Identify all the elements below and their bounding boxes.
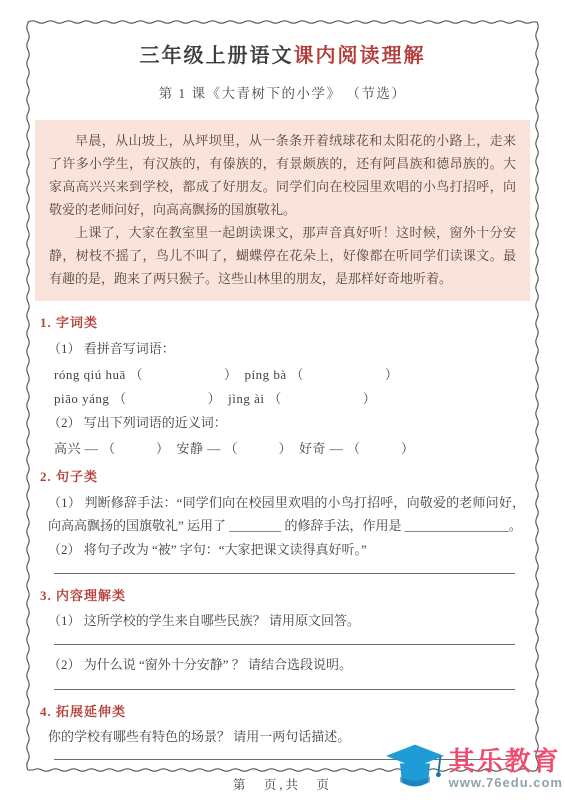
answer-line: [54, 689, 515, 690]
page-title: 三年级上册语文课内阅读理解: [28, 42, 537, 70]
worksheet-page: 三年级上册语文课内阅读理解 第 1 课《大青树下的小学》 （节选） 早晨，从山坡…: [0, 0, 565, 800]
answer-line: [54, 644, 515, 645]
section-3-question-1: （1） 这所学校的学生来自哪些民族？ 请用原文回答。: [40, 611, 525, 630]
graduation-cap-icon: [385, 740, 445, 798]
pinyin-row-1: róng qiú huā （ ） píng bà （ ）: [40, 365, 525, 384]
brand-name: 其乐教育: [449, 747, 561, 775]
lesson-subtitle: 第 1 课《大青树下的小学》 （节选）: [28, 84, 537, 104]
worksheet-content: 三年级上册语文课内阅读理解 第 1 课《大青树下的小学》 （节选） 早晨，从山坡…: [28, 22, 537, 760]
reading-passage: 早晨，从山坡上，从坪坝里，从一条条开着绒球花和太阳花的小路上，走来了许多小学生，…: [35, 120, 530, 301]
passage-paragraph-1: 早晨，从山坡上，从坪坝里，从一条条开着绒球花和太阳花的小路上，走来了许多小学生，…: [49, 129, 516, 221]
section-2-question-2: （2） 将句子改为 “被” 字句：“大家把课文读得真好听。”: [40, 540, 525, 559]
qile-education-logo: 其乐教育 www.76edu.com: [385, 740, 563, 798]
synonyms-row: 高兴 — （ ） 安静 — （ ） 好奇 — （ ）: [40, 439, 525, 458]
section-1-heading: 1. 字词类: [40, 313, 525, 332]
section-4-heading: 4. 拓展延伸类: [40, 702, 525, 721]
section-1-question-2: （2） 写出下列词语的近义词：: [40, 413, 525, 432]
answer-line: [54, 573, 515, 574]
section-3-question-2: （2） 为什么说 “窗外十分安静” ？ 请结合选段说明。: [40, 655, 525, 674]
passage-paragraph-2: 上课了，大家在教室里一起朗读课文，那声音真好听！这时候，窗外十分安静，树枝不摇了…: [49, 221, 516, 290]
section-2-heading: 2. 句子类: [40, 467, 525, 486]
section-1-question-1: （1） 看拼音写词语：: [40, 339, 525, 358]
pinyin-row-2: piāo yáng （ ） jìng ài （ ）: [40, 389, 525, 408]
title-black-part: 三年级上册语文: [140, 45, 294, 67]
section-2-question-1: （1） 判断修辞手法：“同学们向在校园里欢唱的小鸟打招呼，向敬爱的老师问好，向高…: [40, 491, 525, 537]
question-area: 1. 字词类 （1） 看拼音写词语： róng qiú huā （ ） píng…: [28, 313, 537, 760]
section-3-heading: 3. 内容理解类: [40, 586, 525, 605]
brand-url: www.76edu.com: [449, 775, 563, 791]
title-red-part: 课内阅读理解: [294, 45, 426, 67]
logo-text-block: 其乐教育 www.76edu.com: [449, 747, 563, 791]
